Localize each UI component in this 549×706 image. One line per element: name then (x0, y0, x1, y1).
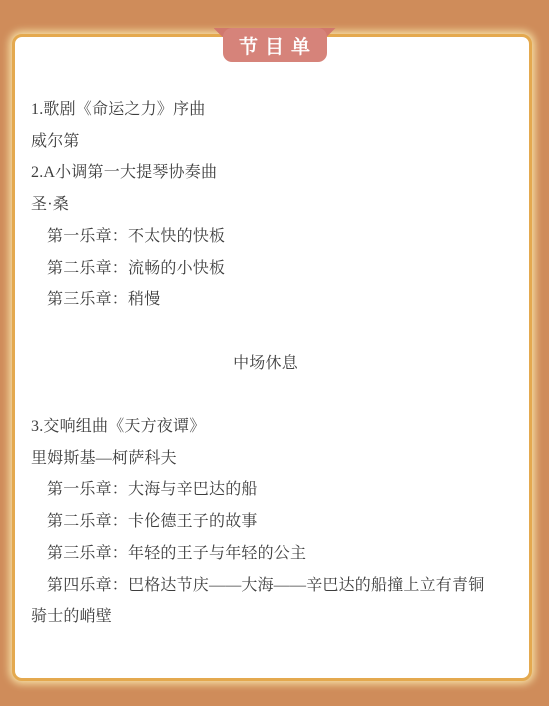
movement-line: 第二乐章：流畅的小快板 (31, 253, 500, 285)
composer-name: 威尔第 (31, 126, 500, 158)
piece-title: 2.A小调第一大提琴协奏曲 (31, 157, 500, 189)
movement-line: 第三乐章：年轻的王子与年轻的公主 (31, 538, 500, 570)
piece-title: 1.歌剧《命运之力》序曲 (31, 94, 500, 126)
movement-line: 第三乐章：稍慢 (31, 284, 500, 316)
piece-title: 3.交响组曲《天方夜谭》 (31, 411, 500, 443)
title-badge-label: 节目单 (232, 32, 317, 59)
program-page: 1.歌剧《命运之力》序曲 威尔第 2.A小调第一大提琴协奏曲 圣·桑 第一乐章：… (0, 0, 549, 706)
composer-name: 里姆斯基—柯萨科夫 (31, 443, 500, 475)
movement-line: 第四乐章：巴格达节庆——大海——辛巴达的船撞上立有青铜骑士的峭壁 (31, 570, 500, 633)
title-badge: 节目单 (223, 28, 327, 62)
movement-line: 第二乐章：卡伦德王子的故事 (31, 506, 500, 538)
program-content: 1.歌剧《命运之力》序曲 威尔第 2.A小调第一大提琴协奏曲 圣·桑 第一乐章：… (18, 40, 526, 633)
movement-line: 第一乐章：大海与辛巴达的船 (31, 474, 500, 506)
movement-line: 第一乐章：不太快的快板 (31, 221, 500, 253)
composer-name: 圣·桑 (31, 189, 500, 221)
program-card: 1.歌剧《命运之力》序曲 威尔第 2.A小调第一大提琴协奏曲 圣·桑 第一乐章：… (12, 34, 532, 681)
intermission-label: 中场休息 (31, 348, 500, 380)
